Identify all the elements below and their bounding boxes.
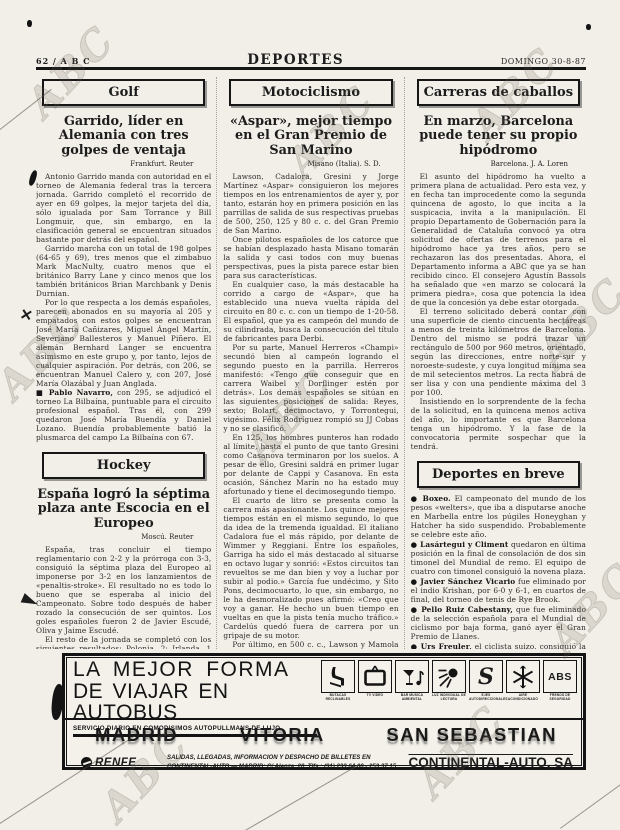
moto-byline: Misano (Italia). S. D. (223, 160, 398, 168)
article-paragraph: Lawson, Cadalora, Gresini y Jorge Martín… (223, 172, 398, 235)
golf-byline: Frankfurt. Reuter (36, 160, 211, 168)
moto-body: Lawson, Cadalora, Gresini y Jorge Martín… (223, 172, 398, 649)
page-header: 62 / A B C DEPORTES DOMINGO 30-8-87 (36, 52, 586, 68)
column-horses-briefs: Carreras de caballos En marzo, Barcelona… (411, 77, 586, 649)
ad-info-text: SALIDAS, LLEGADAS, INFORMACION Y DESPACH… (167, 754, 403, 770)
fold-line (560, 775, 620, 829)
article-paragraph: El resto de la jornada se completó con l… (36, 635, 211, 649)
column-divider (404, 77, 406, 649)
section-box-briefs: Deportes en breve (417, 461, 580, 488)
renfe-logo: RENFE (81, 757, 167, 769)
section-title: DEPORTES (247, 52, 344, 68)
ad-headline: LA MEJOR FORMA DE VIAJAR EN AUTOBUS SERV… (73, 660, 317, 716)
article-paragraph: Garrido marcha con un total de 198 golpe… (36, 244, 211, 298)
article-paragraph: En cualquier caso, la más destacable ha … (223, 280, 398, 343)
ink-smudge (27, 20, 32, 27)
article-paragraph: ■ Pablo Navarro, con 295, se adjudicó el… (36, 388, 211, 442)
brief-item: ● Urs Freuler, el ciclista suizo, consig… (411, 642, 586, 649)
horses-headline: En marzo, Barcelona puede tener su propi… (411, 115, 586, 158)
article-paragraph: Por su parte, Manuel Herreros «Champi» s… (223, 343, 398, 433)
section-box-horses: Carreras de caballos (417, 79, 580, 106)
bar-music-icon (395, 660, 429, 693)
feature-seat: BUTACAS RECLINABLES (321, 660, 355, 701)
city-vitoria: VITORIA (240, 724, 325, 746)
brief-item: ● Lasártegui y Climent quedaron en últim… (411, 540, 586, 576)
header-rule (36, 67, 586, 70)
column-golf-hockey: Golf Garrido, líder en Alemania con tres… (36, 77, 211, 649)
feature-road: S EJES AUTODIRECCIONALES (469, 660, 503, 701)
moto-headline: «Aspar», mejor tiempo en el Gran Premio … (223, 115, 398, 158)
ad-feature-icons: BUTACAS RECLINABLES TV VIDEO BAR MUSICA … (321, 660, 577, 716)
newspaper-page: 62 / A B C DEPORTES DOMINGO 30-8-87 Golf… (0, 0, 620, 830)
city-madrid: MADRID (95, 724, 178, 746)
ad-cities-row: MADRID VITORIA SAN SEBASTIAN (65, 720, 583, 748)
brief-item: ● Pello Ruiz Cabestany, que fue eliminad… (411, 605, 586, 641)
ad-bottom-row: RENFE SALIDAS, LLEGADAS, INFORMACION Y D… (65, 748, 583, 778)
article-paragraph: Por lo que respecta a los demás españole… (36, 298, 211, 388)
article-paragraph: En 125, los hombres punteros han rodado … (223, 433, 398, 496)
feature-air: AIRE ACONDICIONADO (506, 660, 540, 701)
section-box-moto: Motociclismo (229, 79, 392, 106)
pen-mark-x: ✕ (18, 305, 34, 325)
article-paragraph: Insistiendo en lo sorprendente de la fec… (411, 397, 586, 451)
golf-body: Antonio Garrido manda con autoridad en e… (36, 172, 211, 442)
golf-headline: Garrido, líder en Alemania con tres golp… (36, 115, 211, 158)
ad-top-row: LA MEJOR FORMA DE VIAJAR EN AUTOBUS SERV… (65, 656, 583, 720)
page-date: DOMINGO 30-8-87 (501, 57, 586, 66)
article-paragraph: España, tras concluir el tiempo reglamen… (36, 545, 211, 635)
article-paragraph: El asunto del hipódromo ha vuelto a prim… (411, 172, 586, 307)
article-paragraph: El cuarto de litro se presenta como la c… (223, 496, 398, 640)
feature-abs: ABS FRENOS DE SEGURIDAD (543, 660, 577, 701)
hockey-byline: Moscú. Reuter (36, 533, 211, 541)
winding-road-icon: S (469, 660, 503, 693)
article-paragraph: Antonio Garrido manda con autoridad en e… (36, 172, 211, 244)
renfe-emblem-icon (81, 757, 92, 768)
ad-headline-line2: DE VIAJAR EN AUTOBUS (73, 681, 317, 724)
hockey-headline: España logró la séptima plaza ante Escoc… (36, 488, 211, 531)
feature-light: LUZ INDIVIDUAL DE LECTURA (432, 660, 466, 701)
article-paragraph: Por último, en 500 c. c., Lawson y Mamol… (223, 640, 398, 649)
hockey-body: España, tras concluir el tiempo reglamen… (36, 545, 211, 649)
horses-body: El asunto del hipódromo ha vuelto a prim… (411, 172, 586, 451)
bus-advertisement: LA MEJOR FORMA DE VIAJAR EN AUTOBUS SERV… (62, 653, 586, 770)
column-divider (216, 77, 218, 649)
air-conditioning-icon (506, 660, 540, 693)
reclining-seat-icon (321, 660, 355, 693)
horses-byline: Barcelona. J. A. Loren (411, 160, 586, 168)
ink-smudge (586, 24, 591, 30)
tv-video-icon (358, 660, 392, 693)
section-box-hockey: Hockey (42, 452, 205, 479)
article-paragraph: El terreno solicitado deberá contar con … (411, 307, 586, 397)
feature-bar: BAR MUSICA AMBIENTAL (395, 660, 429, 701)
page-number: 62 / A B C (36, 56, 91, 66)
column-moto: Motociclismo «Aspar», mejor tiempo en el… (223, 77, 398, 649)
article-paragraph: Once pilotos españoles de los catorce qu… (223, 235, 398, 280)
feature-tv: TV VIDEO (358, 660, 392, 698)
continental-auto-wordmark: CONTINENTAL-AUTO, SA (409, 755, 574, 770)
abs-brakes-icon: ABS (543, 660, 577, 693)
reading-light-icon (432, 660, 466, 693)
ad-headline-line1: LA MEJOR FORMA (73, 660, 317, 681)
brief-item: ● Boxeo. El campeonato del mundo de los … (411, 494, 586, 539)
section-box-golf: Golf (42, 79, 205, 106)
brief-item: ● Javier Sánchez Vicario fue eliminado p… (411, 577, 586, 604)
briefs-body: ● Boxeo. El campeonato del mundo de los … (411, 494, 586, 649)
columns: Golf Garrido, líder en Alemania con tres… (36, 77, 586, 649)
city-san-sebastian: SAN SEBASTIAN (386, 724, 557, 746)
